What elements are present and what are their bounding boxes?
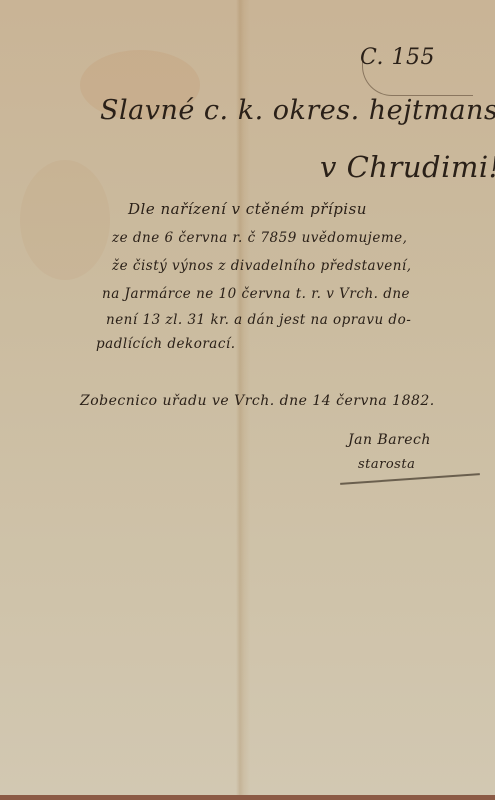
reference-flourish	[362, 60, 473, 96]
body-line-1: Dle nařízení v ctěném přípisu	[128, 200, 367, 218]
body-line-4: na Jarmárce ne 10 června t. r. v Vrch. d…	[102, 286, 410, 302]
document-page: C. 155 Slavné c. k. okres. hejtmanství v…	[0, 0, 495, 800]
body-line-5: není 13 zl. 31 kr. a dán jest na opravu …	[106, 312, 411, 328]
body-line-3: že čistý výnos z divadelního představení…	[112, 258, 412, 274]
signature-underline	[340, 473, 480, 485]
place-and-date: Zobecnico uřadu ve Vrch. dne 14 června 1…	[80, 393, 435, 409]
signature-name: Jan Barech	[348, 432, 431, 448]
body-line-2: ze dne 6 června r. č 7859 uvědomujeme,	[112, 230, 407, 246]
addressee-line-1: Slavné c. k. okres. hejtmanství	[100, 95, 495, 126]
paper-stain	[20, 160, 110, 280]
signature-title: starosta	[358, 457, 415, 472]
body-line-6: padlících dekorací.	[96, 336, 236, 352]
addressee-line-2: v Chrudimi!	[320, 150, 495, 184]
page-bottom-edge	[0, 795, 495, 800]
